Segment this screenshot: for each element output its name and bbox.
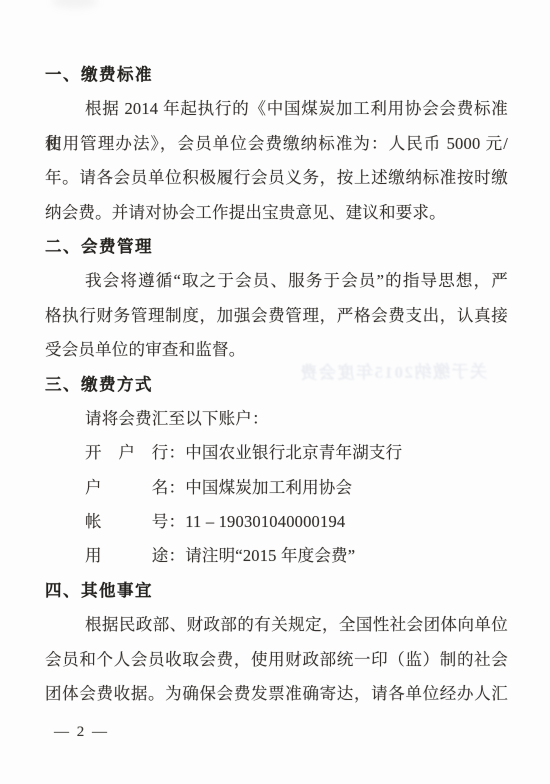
text-line: 根据 2014 年起执行的《中国煤炭加工利用协会会费标准和 [45,92,508,126]
text-line: 我会将遵循“取之于会员、服务于会员”的指导思想，严 [45,264,508,298]
scanned-document-page: 关于缴纳2015年度会费 一、缴费标准 根据 2014 年起执行的《中国煤炭加工… [0,0,550,784]
text-line: 请将会费汇至以下账户： [45,402,508,436]
section-heading-other-matters: 四、其他事宜 [45,574,508,608]
text-line: 纳会费。并请对协会工作提出宝贵意见、建议和要求。 [45,196,508,230]
section-heading-payment-method: 三、缴费方式 [45,368,508,402]
section-heading-fee-management: 二、会费管理 [45,230,508,264]
account-number-line: 帐 号：11 – 190301040000194 [45,505,508,539]
text-line: 格执行财务管理制度，加强会费管理，严格会费支出，认真接 [45,299,508,333]
account-name-line: 户 名：中国煤炭加工利用协会 [45,471,508,505]
text-line: 团体会费收据。为确保会费发票准确寄达，请各单位经办人汇 [45,677,508,711]
text-line: 使用管理办法》，会员单位会费缴纳标准为：人民币 5000 元/ [45,127,508,161]
bank-name-line: 开 户 行：中国农业银行北京青年湖支行 [45,436,508,470]
text-line: 根据民政部、财政部的有关规定，全国性社会团体向单位 [45,608,508,642]
text-line: 年。请各会员单位积极履行会员义务，按上述缴纳标准按时缴 [45,161,508,195]
scan-smudge-artifact [52,0,98,8]
document-body: 一、缴费标准 根据 2014 年起执行的《中国煤炭加工利用协会会费标准和 使用管… [45,58,508,711]
text-line: 受会员单位的审查和监督。 [45,333,508,367]
page-number: — 2 — [54,724,109,741]
section-heading-payment-standard: 一、缴费标准 [45,58,508,92]
payment-purpose-line: 用 途：请注明“2015 年度会费” [45,539,508,573]
text-line: 会员和个人会员收取会费，使用财政部统一印（监）制的社会 [45,643,508,677]
